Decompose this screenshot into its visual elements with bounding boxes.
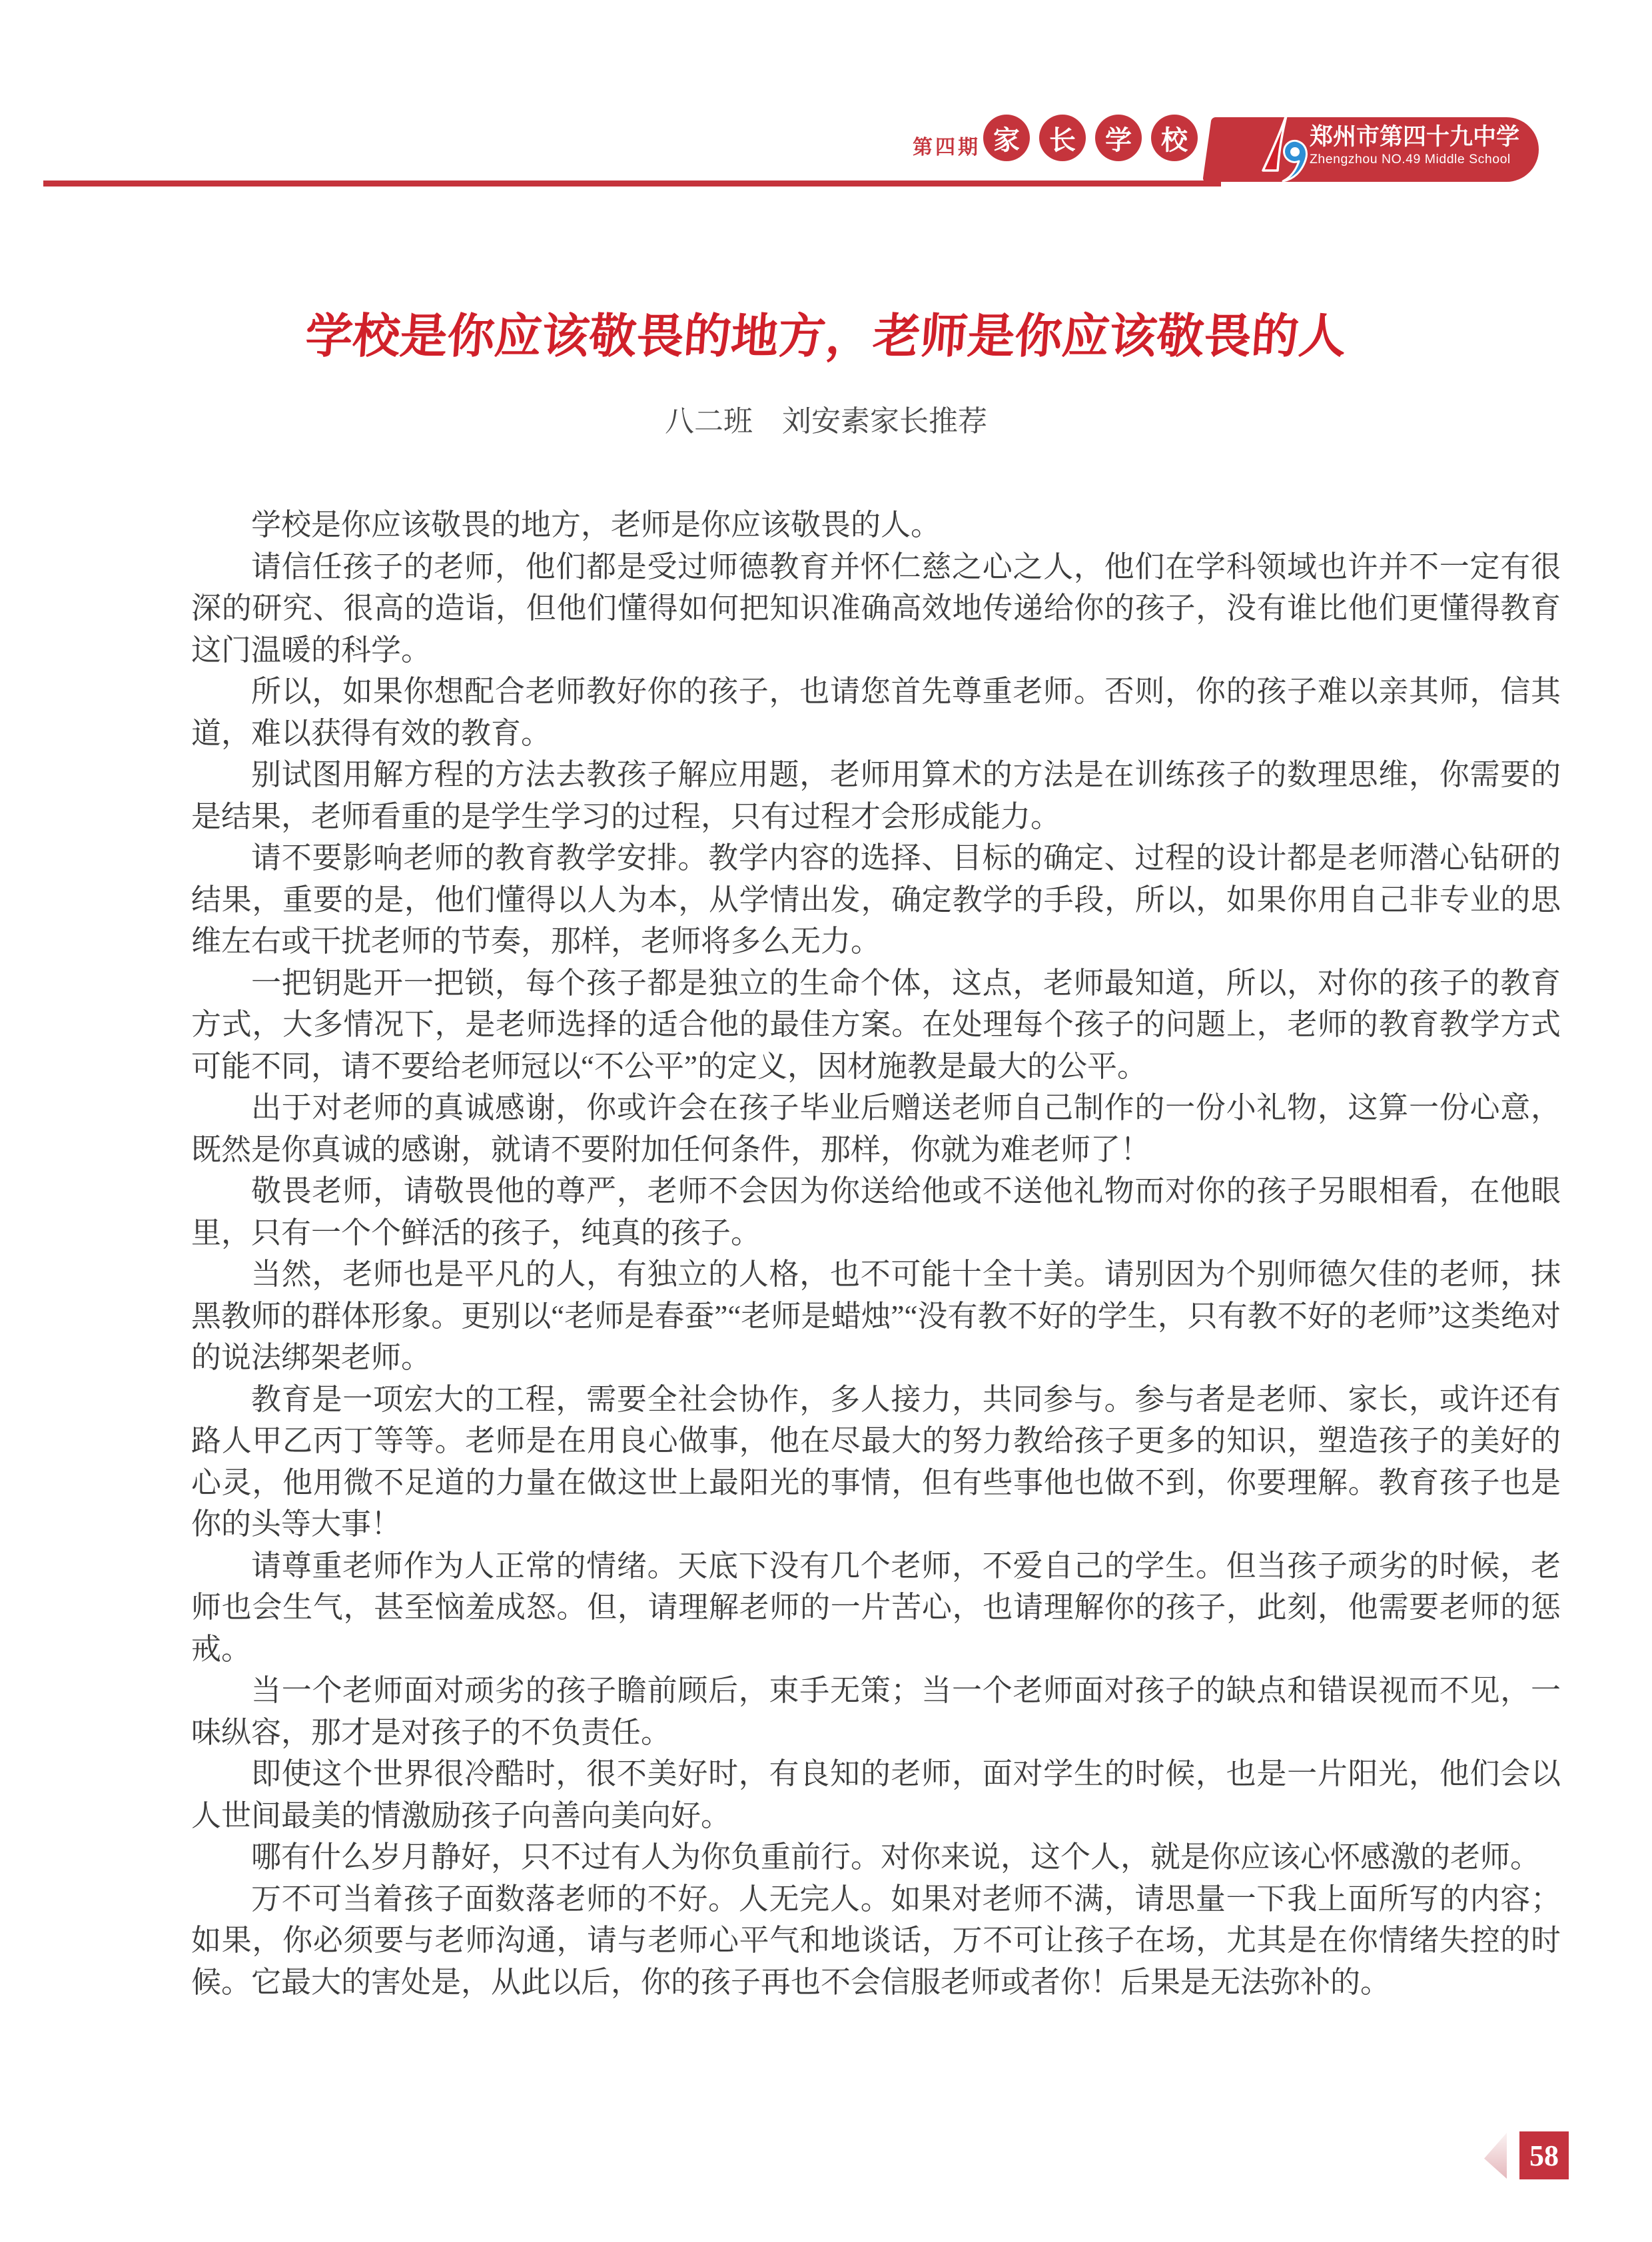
article-title: 学校是你应该敬畏的地方，老师是你应该敬畏的人: [0, 298, 1652, 366]
article-paragraph: 教育是一项宏大的工程，需要全社会协作，多人接力，共同参与。参与者是老师、家长，或…: [191, 1379, 1561, 1545]
masthead-circles: 家长学校: [983, 115, 1198, 161]
article-paragraph: 一把钥匙开一把锁，每个孩子都是独立的生命个体，这点，老师最知道，所以，对你的孩子…: [191, 962, 1561, 1088]
article-paragraph: 哪有什么岁月静好，只不过有人为你负重前行。对你来说，这个人，就是你应该心怀感激的…: [191, 1836, 1561, 1878]
school-sail-logo-icon: [1259, 112, 1311, 185]
article-paragraph: 出于对老师的真诚感谢，你或许会在孩子毕业后赠送老师自己制作的一份小礼物，这算一份…: [191, 1087, 1561, 1170]
school-name-block: 郑州市第四十九中学 Zhengzhou NO.49 Middle School: [1310, 124, 1529, 168]
article-paragraph: 万不可当着孩子面数落老师的不好。人无完人。如果对老师不满，请思量一下我上面所写的…: [191, 1878, 1561, 2004]
header-rule-divider: [43, 181, 1221, 187]
article-paragraph: 请信任孩子的老师，他们都是受过师德教育并怀仁慈之心之人，他们在学科领域也许并不一…: [191, 546, 1561, 671]
article-paragraph: 当一个老师面对顽劣的孩子瞻前顾后，束手无策；当一个老师面对孩子的缺点和错误视而不…: [191, 1670, 1561, 1753]
school-name-cn: 郑州市第四十九中学: [1310, 124, 1529, 151]
masthead-circle-char: 长: [1039, 115, 1086, 161]
article-paragraph: 即使这个世界很冷酷时，很不美好时，有良知的老师，面对学生的时候，也是一片阳光，他…: [191, 1753, 1561, 1836]
masthead-circle-char: 学: [1095, 115, 1142, 161]
article-paragraph: 请尊重老师作为人正常的情绪。天底下没有几个老师，不爱自己的学生。但当孩子顽劣的时…: [191, 1545, 1561, 1671]
page-number: 58: [1519, 2131, 1569, 2179]
article-paragraph: 学校是你应该敬畏的地方，老师是你应该敬畏的人。: [191, 504, 1561, 546]
school-name-en: Zhengzhou NO.49 Middle School: [1310, 151, 1529, 168]
article-paragraph: 请不要影响老师的教育教学安排。教学内容的选择、目标的确定、过程的设计都是老师潜心…: [191, 837, 1561, 962]
issue-label: 第四期: [913, 131, 981, 160]
article-body: 学校是你应该敬畏的地方，老师是你应该敬畏的人。请信任孩子的老师，他们都是受过师德…: [191, 504, 1561, 2003]
article-paragraph: 别试图用解方程的方法去教孩子解应用题，老师用算术的方法是在训练孩子的数理思维，你…: [191, 754, 1561, 837]
masthead-circle-char: 校: [1151, 115, 1198, 161]
masthead-circle-char: 家: [983, 115, 1030, 161]
article-paragraph: 当然，老师也是平凡的人，有独立的人格，也不可能十全十美。请别因为个别师德欠佳的老…: [191, 1254, 1561, 1379]
school-banner: 郑州市第四十九中学 Zhengzhou NO.49 Middle School: [1216, 117, 1539, 182]
newsletter-page: 第四期 家长学校 郑州市第四十九中学 Zhengzhou NO.49 Middl…: [0, 0, 1652, 2242]
article-paragraph: 敬畏老师，请敬畏他的尊严，老师不会因为你送给他或不送他礼物而对你的孩子另眼相看，…: [191, 1170, 1561, 1254]
article-paragraph: 所以，如果你想配合老师教好你的孩子，也请您首先尊重老师。否则，你的孩子难以亲其师…: [191, 671, 1561, 754]
article-byline: 八二班 刘安素家长推荐: [0, 397, 1652, 440]
footer-triangle-decoration: [1484, 2133, 1507, 2179]
